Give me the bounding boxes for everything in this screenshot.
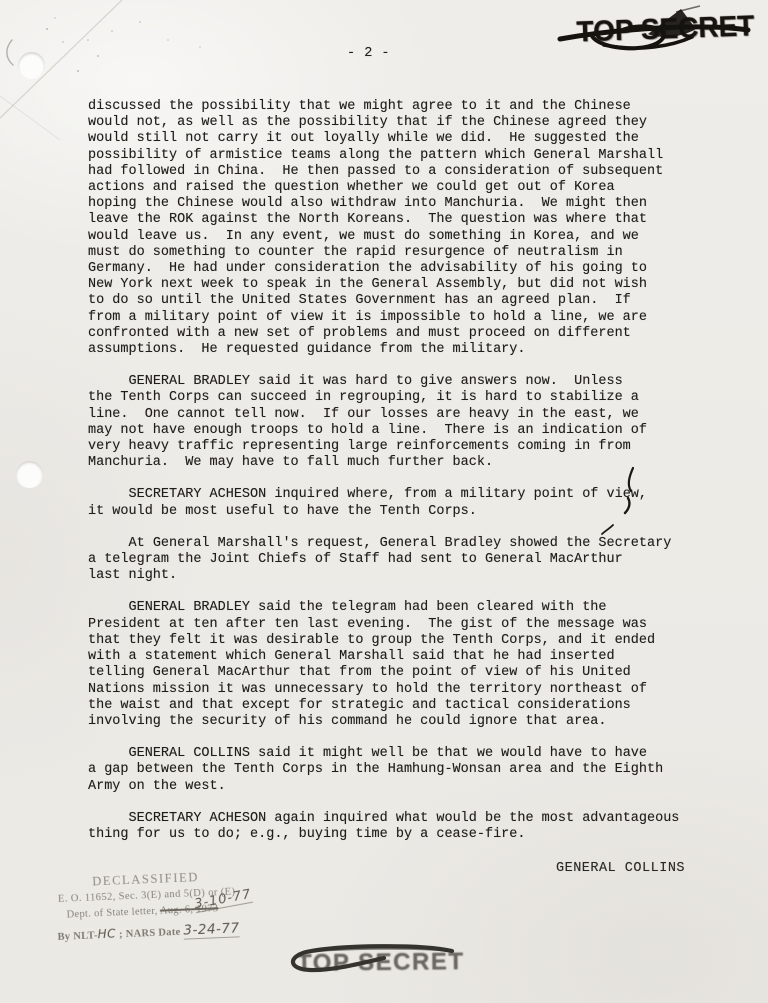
nars-line: By NLT-HC ; NARS Date 3-24-77 [57,917,327,944]
top-secret-stamp-bottom: TOP SECRET [297,948,465,978]
page-number: - 2 - [347,46,427,61]
nars-by-prefix: By NLT- [57,930,98,943]
handwritten-initials: HC [97,927,116,942]
paragraph: discussed the possibility that we might … [88,99,700,358]
scanned-document-page: - 2 - TOP SECRET discussed the possibili… [0,0,768,1003]
paragraph: GENERAL COLLINS said it might well be th… [88,746,700,795]
dept-letter-prefix: Dept. of State letter, [66,906,160,921]
document-body: discussed the possibility that we might … [88,99,700,859]
handwritten-nars-date: 3-24-77 [183,920,240,939]
top-secret-stamp-top: TOP SECRET [576,10,755,49]
declassification-stamp: DECLASSIFIED E. O. 11652, Sec. 3(E) and … [55,865,328,944]
paragraph: GENERAL BRADLEY said it was hard to give… [88,374,700,471]
signature-general-collins: GENERAL COLLINS [556,861,685,876]
hole-punch-top [18,52,45,79]
paragraph: GENERAL BRADLEY said the telegram had be… [88,600,700,730]
nars-middle: ; NARS Date [116,927,184,941]
paragraph: At General Marshall's request, General B… [88,536,700,585]
paragraph: SECRETARY ACHESON inquired where, from a… [88,487,700,519]
paragraph: SECRETARY ACHESON again inquired what wo… [88,811,700,843]
hole-punch-middle [16,461,43,488]
